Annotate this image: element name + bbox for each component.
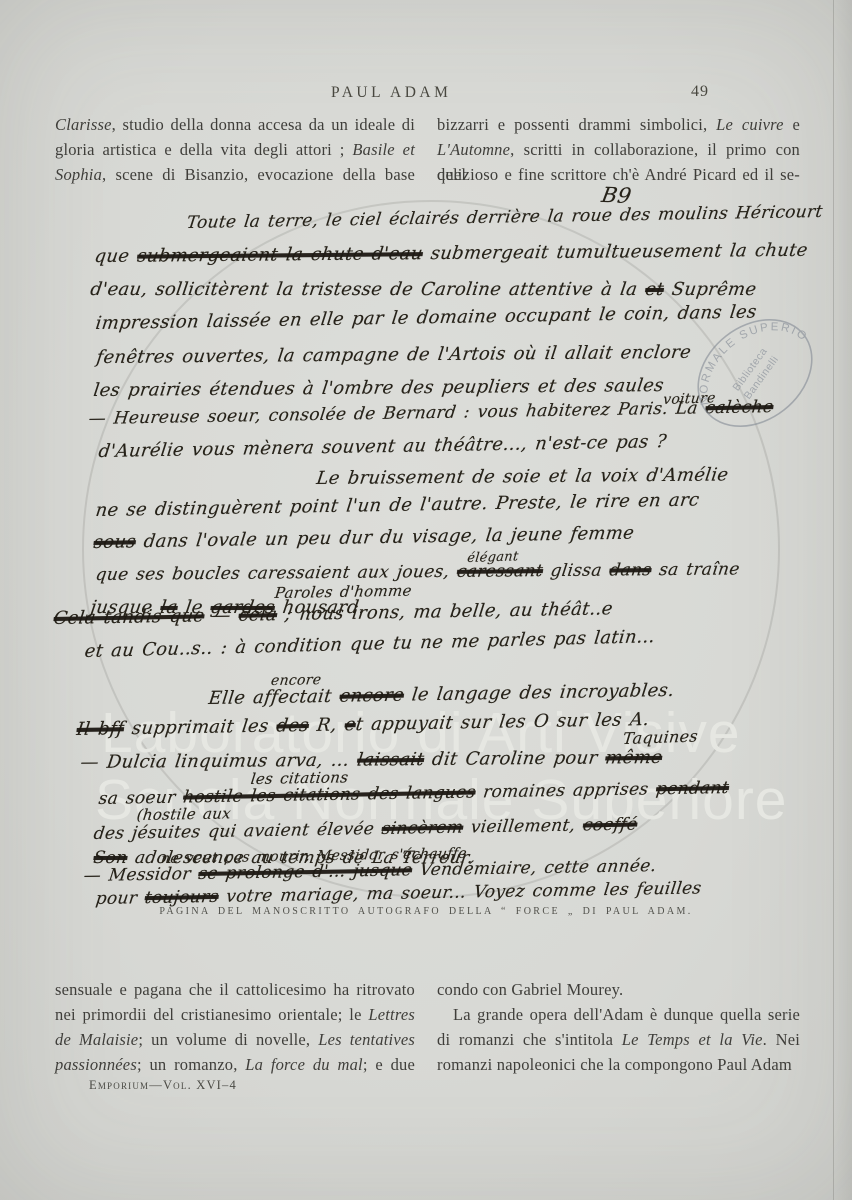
- printed-text-line: de Malaisie; un volume di novelle, Les t…: [55, 1027, 415, 1052]
- italic-text: de Malaisie: [55, 1030, 138, 1049]
- page-edge-shadow: [834, 0, 852, 1200]
- manuscript-line: que ses boucles caressaient aux joues, c…: [94, 559, 741, 585]
- manuscript-line: B9: [600, 183, 634, 208]
- struck-text: des: [275, 715, 310, 737]
- printed-text-line: romanzi napoleonici che la compongono Pa…: [437, 1052, 800, 1077]
- figure-caption: PAGINA DEL MANOSCRITTO AUTOGRAFO DELLA “…: [0, 906, 852, 917]
- struck-text: e: [343, 714, 357, 735]
- struck-text: submergeaient la chute d'eau: [136, 243, 424, 267]
- struck-text: dans: [608, 560, 653, 580]
- bottom-left-column: sensuale e pagana che il cattolicesimo h…: [55, 977, 415, 1077]
- manuscript-line: fenêtres ouvertes, la campagne de l'Arto…: [95, 342, 692, 368]
- stamp-arc-text: NORMALE SUPERIORE: [642, 260, 812, 451]
- struck-text: encore: [338, 685, 405, 707]
- manuscript-line: Taquines: [622, 726, 699, 748]
- struck-text: laissait: [356, 749, 426, 771]
- struck-text: se prolonge d'... jusque: [197, 860, 413, 884]
- manuscript-line: Il bff supprimait les des R, et appuyait…: [75, 709, 650, 740]
- manuscript-line: Paroles d'homme: [274, 582, 413, 602]
- printed-text-line: nei primordii del cristianesimo oriental…: [55, 1002, 415, 1027]
- struck-text: sous: [92, 531, 137, 553]
- printed-text-line: La grande opera dell'Adam è dunque quell…: [437, 1002, 800, 1027]
- italic-text: Les tentatives: [318, 1030, 415, 1049]
- manuscript-line: sous dans l'ovale un peu dur du visage, …: [92, 523, 635, 553]
- manuscript-line: — Dulcia linquimus arva, ... laissait di…: [79, 747, 663, 773]
- manuscript-line: et au Cou..s.. : à condition que tu ne m…: [84, 626, 657, 662]
- italic-text: passionnées: [55, 1055, 137, 1074]
- struck-text: pendant: [655, 778, 730, 799]
- printed-text-line: passionnées; un romanzo, La force du mal…: [55, 1052, 415, 1077]
- struck-text: cela: [237, 604, 278, 626]
- bottom-right-column: condo con Gabriel Mourey.La grande opera…: [437, 977, 800, 1077]
- page-edge-line: [833, 0, 834, 1200]
- italic-text: Lettres: [368, 1005, 415, 1024]
- stamp-oval: [677, 298, 833, 448]
- struck-text: Cela tandis que: [52, 605, 205, 629]
- printed-text-line: di romanzi che s'intitola Le Temps et la…: [437, 1027, 800, 1052]
- printed-text-line: sensuale e pagana che il cattolicesimo h…: [55, 977, 415, 1002]
- scanned-book-page: Laboratorio di Arti Visive Scuola Normal…: [0, 0, 852, 1200]
- struck-text: même: [604, 747, 663, 769]
- manuscript-line: d'Aurélie vous mènera souvent au théâtre…: [97, 431, 667, 462]
- italic-text: La force du mal: [245, 1055, 363, 1074]
- library-stamp: NORMALE SUPERIORE Biblioteca Bandinelli: [642, 260, 852, 486]
- manuscript-line: les prairies étendues à l'ombre des peup…: [92, 375, 665, 401]
- volume-footer: Emporium—Vol. XVI–4: [89, 1078, 237, 1093]
- struck-text: toujours: [144, 887, 220, 908]
- struck-text: caressant: [456, 561, 545, 582]
- italic-text: Le Temps et la Vie: [622, 1030, 763, 1049]
- svg-text:NORMALE SUPERIORE: NORMALE SUPERIORE: [642, 260, 812, 451]
- struck-text: Il bff: [75, 718, 125, 740]
- printed-text-line: condo con Gabriel Mourey.: [437, 977, 800, 1002]
- manuscript-line: ne se distinguèrent point l'un de l'autr…: [94, 489, 700, 521]
- manuscript-line: Toute la terre, le ciel éclairés derrièr…: [186, 202, 824, 233]
- struck-text: coeffé: [582, 815, 639, 836]
- struck-text: sincèrem: [381, 818, 465, 839]
